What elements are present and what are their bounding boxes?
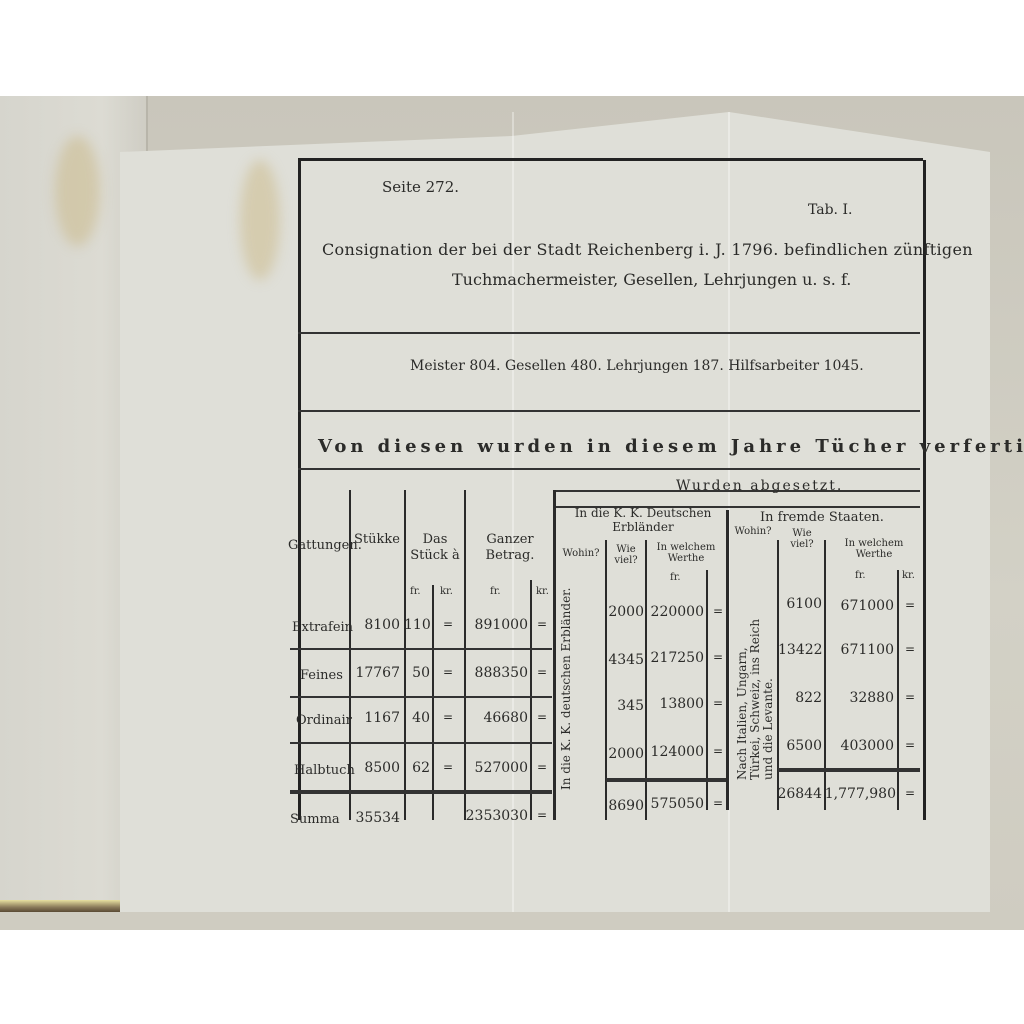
cell-preis-fr: 40: [404, 710, 430, 726]
header-das-stueck: Das Stück à: [406, 532, 464, 564]
cell-fremd-werth-kr: =: [900, 738, 920, 752]
cell-stuecke: 8100: [352, 617, 400, 633]
header-wieviel-erb: Wie viel?: [608, 544, 644, 566]
header-werth-erb: In welchem Werthe: [648, 542, 724, 564]
summa-erb-wieviel: 8690: [604, 798, 644, 814]
title-line-1: Consignation der bei der Stadt Reichenbe…: [322, 240, 973, 259]
header-wohin-erb: Wohin?: [558, 548, 604, 559]
cell-fremd-werth-fr: 671000: [826, 598, 894, 614]
cell-erb-wieviel: 2000: [606, 604, 644, 620]
erblaender-destination: In die K. K. deutschen Erbländer.: [560, 588, 573, 790]
unit-fr: fr.: [410, 586, 421, 597]
cell-fremd-werth-kr: =: [900, 690, 920, 704]
summa-fremd-werth-kr: =: [900, 786, 920, 800]
cell-betrag-fr: 46680: [466, 710, 528, 726]
page-reference: Seite 272.: [382, 178, 459, 196]
cell-erb-wieviel: 345: [606, 698, 644, 714]
cell-fremd-werth-kr: =: [900, 598, 920, 612]
cell-betrag-kr: =: [532, 617, 552, 631]
row-gattung: Ordinair: [296, 713, 352, 728]
header-wohin-fremd: Wohin?: [730, 526, 776, 537]
summa-erb-werth-kr: =: [708, 796, 728, 810]
fremde-destination: Nach Italien, Ungarn, Türkei, Schweiz, i…: [736, 600, 775, 780]
cell-fremd-wieviel: 6500: [778, 738, 822, 754]
cell-fremd-werth-fr: 32880: [826, 690, 894, 706]
cell-betrag-fr: 888350: [466, 665, 528, 681]
cell-betrag-kr: =: [532, 665, 552, 679]
summa-stuecke: 35534: [350, 810, 400, 826]
cell-fremd-werth-fr: 671100: [826, 642, 894, 658]
cell-betrag-kr: =: [532, 710, 552, 724]
cell-erb-werth-fr: 124000: [646, 744, 704, 760]
cell-betrag-fr: 527000: [466, 760, 528, 776]
row-gattung: Halbtuch: [294, 763, 355, 778]
header-stuecke: Stükke: [352, 532, 402, 548]
cell-erb-werth-fr: 13800: [646, 696, 704, 712]
unit-kr: kr.: [902, 570, 915, 581]
cell-betrag-fr: 891000: [466, 617, 528, 633]
worker-counts: Meister 804. Gesellen 480. Lehrjungen 18…: [410, 358, 864, 374]
table-subtitle: Von diesen wurden in diesem Jahre Tücher…: [318, 436, 1024, 457]
unit-kr: kr.: [440, 586, 453, 597]
cell-preis-kr: =: [438, 665, 458, 679]
divider: [298, 468, 920, 470]
row-gattung: Feines: [300, 668, 343, 683]
unit-fr: fr.: [855, 570, 866, 581]
divider: [298, 410, 920, 412]
cell-erb-werth-kr: =: [708, 604, 728, 618]
cell-preis-kr: =: [438, 760, 458, 774]
cell-erb-werth-fr: 217250: [646, 650, 704, 666]
header-wurden-abgesetzt: Wurden abgesetzt.: [676, 478, 843, 494]
cell-fremd-wieviel: 13422: [778, 642, 822, 658]
header-gattungen: Gattungen.: [288, 538, 350, 554]
cell-erb-wieviel: 2000: [606, 746, 644, 762]
cell-preis-kr: =: [438, 617, 458, 631]
header-ganzer-betrag: Ganzer Betrag.: [468, 532, 552, 564]
cell-stuecke: 17767: [352, 665, 400, 681]
divider: [298, 332, 920, 334]
summa-fremd-wieviel: 26844: [776, 786, 822, 802]
summa-label: Summa: [290, 812, 340, 827]
header-erblaender: In die K. K. Deutschen Erbländer: [568, 506, 718, 534]
title-line-2: Tuchmachermeister, Gesellen, Lehrjungen …: [452, 270, 851, 289]
row-gattung: Extrafein: [292, 620, 353, 635]
foxing-stain: [55, 136, 100, 246]
header-wieviel-fremd: Wie viel?: [780, 528, 824, 550]
header-werth-fremd: In welchem Werthe: [826, 538, 922, 560]
header-fremde-staaten: In fremde Staaten.: [760, 510, 884, 525]
cell-fremd-wieviel: 6100: [778, 596, 822, 612]
cell-fremd-werth-kr: =: [900, 642, 920, 656]
cell-stuecke: 1167: [352, 710, 400, 726]
summa-fremd-werth-fr: 1,777,980: [824, 786, 896, 802]
cell-fremd-wieviel: 822: [778, 690, 822, 706]
cell-betrag-kr: =: [532, 760, 552, 774]
summa-betrag-kr: =: [532, 808, 552, 822]
cell-fremd-werth-fr: 403000: [826, 738, 894, 754]
cell-erb-werth-kr: =: [708, 650, 728, 664]
cell-preis-kr: =: [438, 710, 458, 724]
unit-fr: fr.: [490, 586, 501, 597]
unit-kr: kr.: [536, 586, 549, 597]
summa-erb-werth-fr: 575050: [646, 796, 704, 812]
cell-preis-fr: 110: [404, 617, 430, 633]
cell-erb-wieviel: 4345: [606, 652, 644, 668]
cell-preis-fr: 62: [404, 760, 430, 776]
cell-preis-fr: 50: [404, 665, 430, 681]
cell-erb-werth-kr: =: [708, 744, 728, 758]
cell-stuecke: 8500: [352, 760, 400, 776]
table-number: Tab. I.: [808, 202, 852, 218]
cell-erb-werth-kr: =: [708, 696, 728, 710]
cell-erb-werth-fr: 220000: [646, 604, 704, 620]
unit-fr: fr.: [670, 572, 681, 583]
summa-betrag-fr: 2353030: [464, 808, 528, 824]
foxing-stain: [240, 160, 280, 280]
